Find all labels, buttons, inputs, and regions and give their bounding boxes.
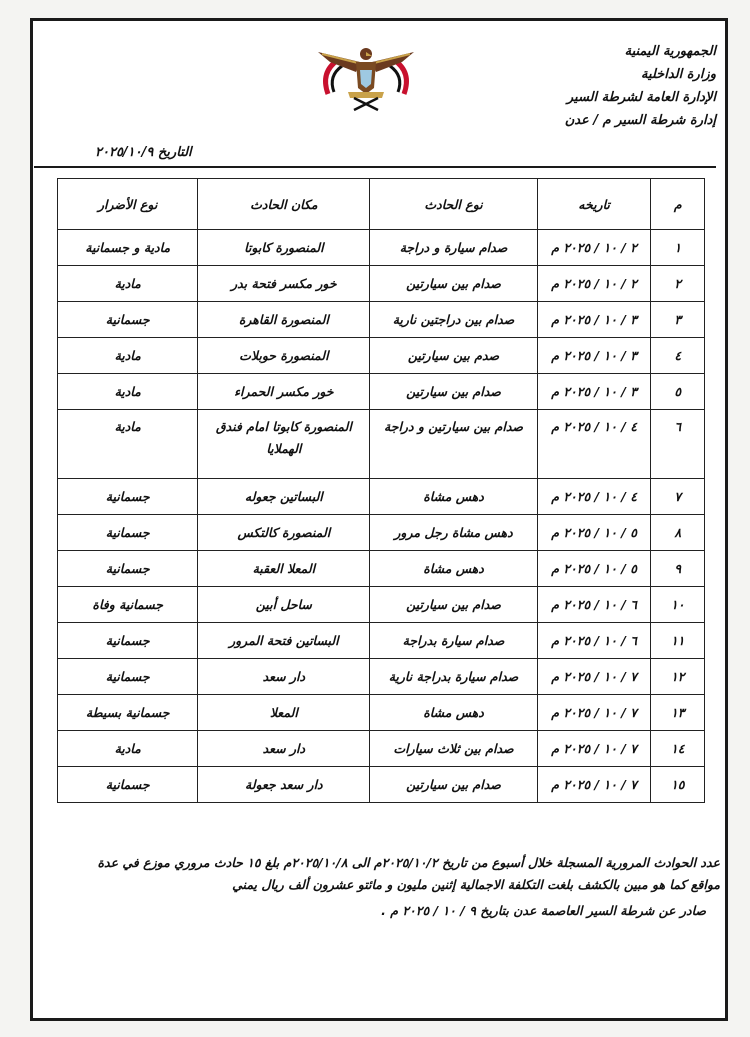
yemen-eagle-emblem-icon (316, 42, 416, 112)
cell-number: ١٥ (651, 767, 705, 803)
letterhead-line-aden-traffic: إدارة شرطة السير م / عدن (565, 109, 716, 132)
cell-number: ٣ (651, 302, 705, 338)
header-accident-type: نوع الحادث (370, 179, 537, 230)
cell-number: ١ (651, 230, 705, 266)
cell-type: صدام بين سيارتين و دراجة (370, 410, 537, 479)
cell-number: ٩ (651, 551, 705, 587)
table-row: ١١ ٦ / ١٠ / ٢٠٢٥ م صدام سيارة بدراجة الب… (58, 623, 705, 659)
cell-type: صدام سيارة بدراجة نارية (370, 659, 537, 695)
cell-place: المعلا العقبة (198, 551, 370, 587)
table-row: ١٥ ٧ / ١٠ / ٢٠٢٥ م صدام بين سيارتين دار … (58, 767, 705, 803)
cell-date: ٣ / ١٠ / ٢٠٢٥ م (537, 302, 651, 338)
cell-number: ١٣ (651, 695, 705, 731)
cell-type: دهس مشاة (370, 551, 537, 587)
cell-place: خور مكسر فتحة بدر (198, 266, 370, 302)
cell-place: خور مكسر الحمراء (198, 374, 370, 410)
cell-damage: جسمانية (58, 515, 198, 551)
cell-number: ١٠ (651, 587, 705, 623)
cell-date: ٦ / ١٠ / ٢٠٢٥ م (537, 587, 651, 623)
cell-damage: جسمانية (58, 659, 198, 695)
cell-place: المنصورة كابوتا امام فندق الهملايا (198, 410, 370, 479)
header-accident-place: مكان الحادث (198, 179, 370, 230)
table-row: ٧ ٤ / ١٠ / ٢٠٢٥ م دهس مشاة البساتين جعول… (58, 479, 705, 515)
table-row: ٩ ٥ / ١٠ / ٢٠٢٥ م دهس مشاة المعلا العقبة… (58, 551, 705, 587)
letterhead: الجمهورية اليمنية وزارة الداخلية الإدارة… (565, 40, 716, 132)
table-row: ١٣ ٧ / ١٠ / ٢٠٢٥ م دهس مشاة المعلا جسمان… (58, 695, 705, 731)
cell-damage: جسمانية (58, 623, 198, 659)
header-number: م (651, 179, 705, 230)
cell-number: ١٤ (651, 731, 705, 767)
cell-number: ٢ (651, 266, 705, 302)
cell-date: ٧ / ١٠ / ٢٠٢٥ م (537, 767, 651, 803)
cell-type: صدام بين سيارتين (370, 587, 537, 623)
cell-type: دهس مشاة رجل مرور (370, 515, 537, 551)
table-row: ٦ ٤ / ١٠ / ٢٠٢٥ م صدام بين سيارتين و درا… (58, 410, 705, 479)
summary-line-issued: صادر عن شرطة السير العاصمة عدن بتاريخ ٩ … (30, 900, 720, 922)
cell-damage: مادية (58, 731, 198, 767)
table-row: ٢ ٢ / ١٠ / ٢٠٢٥ م صدام بين سيارتين خور م… (58, 266, 705, 302)
cell-place: المنصورة كالتكس (198, 515, 370, 551)
cell-date: ٧ / ١٠ / ٢٠٢٥ م (537, 695, 651, 731)
cell-number: ٧ (651, 479, 705, 515)
summary-line-count: عدد الحوادث المرورية المسجلة خلال أسبوع … (30, 852, 720, 874)
cell-damage: جسمانية وفاة (58, 587, 198, 623)
table-row: ١٤ ٧ / ١٠ / ٢٠٢٥ م صدام بين ثلاث سيارات … (58, 731, 705, 767)
cell-type: صدام بين ثلاث سيارات (370, 731, 537, 767)
cell-damage: مادية (58, 338, 198, 374)
cell-date: ٦ / ١٠ / ٢٠٢٥ م (537, 623, 651, 659)
table-row: ٥ ٣ / ١٠ / ٢٠٢٥ م صدام بين سيارتين خور م… (58, 374, 705, 410)
cell-damage: جسمانية بسيطة (58, 695, 198, 731)
cell-date: ٧ / ١٠ / ٢٠٢٥ م (537, 731, 651, 767)
cell-damage: مادية و جسمانية (58, 230, 198, 266)
cell-place: المعلا (198, 695, 370, 731)
table-row: ٨ ٥ / ١٠ / ٢٠٢٥ م دهس مشاة رجل مرور المن… (58, 515, 705, 551)
document-date: التاريخ ٢٠٢٥/١٠/٩ (95, 145, 192, 160)
cell-number: ١١ (651, 623, 705, 659)
cell-date: ٢ / ١٠ / ٢٠٢٥ م (537, 230, 651, 266)
cell-place: ساحل أبين (198, 587, 370, 623)
summary-line-cost: مواقع كما هو مبين بالكشف بلغت التكلفة ال… (30, 874, 720, 896)
cell-date: ٥ / ١٠ / ٢٠٢٥ م (537, 551, 651, 587)
cell-damage: جسمانية (58, 302, 198, 338)
table-header-row: م تاريخه نوع الحادث مكان الحادث نوع الأض… (58, 179, 705, 230)
letterhead-line-directorate: الإدارة العامة لشرطة السير (565, 86, 716, 109)
cell-number: ١٢ (651, 659, 705, 695)
cell-place: دار سعد (198, 731, 370, 767)
cell-type: صدام سيارة و دراجة (370, 230, 537, 266)
table-row: ٤ ٣ / ١٠ / ٢٠٢٥ م صدم بين سيارتين المنصو… (58, 338, 705, 374)
cell-type: صدام بين سيارتين (370, 266, 537, 302)
cell-number: ٦ (651, 410, 705, 479)
cell-damage: مادية (58, 266, 198, 302)
cell-place: المنصورة القاهرة (198, 302, 370, 338)
cell-number: ٥ (651, 374, 705, 410)
cell-place: البساتين جعوله (198, 479, 370, 515)
letterhead-line-republic: الجمهورية اليمنية (565, 40, 716, 63)
letterhead-line-ministry: وزارة الداخلية (565, 63, 716, 86)
cell-date: ٣ / ١٠ / ٢٠٢٥ م (537, 338, 651, 374)
cell-place: المنصورة حوبلات (198, 338, 370, 374)
cell-date: ٤ / ١٠ / ٢٠٢٥ م (537, 410, 651, 479)
table-row: ١٠ ٦ / ١٠ / ٢٠٢٥ م صدام بين سيارتين ساحل… (58, 587, 705, 623)
cell-date: ٤ / ١٠ / ٢٠٢٥ م (537, 479, 651, 515)
cell-date: ٣ / ١٠ / ٢٠٢٥ م (537, 374, 651, 410)
cell-type: صدام بين سيارتين (370, 767, 537, 803)
cell-damage: مادية (58, 410, 198, 479)
cell-number: ٨ (651, 515, 705, 551)
cell-type: صدم بين سيارتين (370, 338, 537, 374)
cell-type: دهس مشاة (370, 479, 537, 515)
header-damage-type: نوع الأضرار (58, 179, 198, 230)
accidents-table: م تاريخه نوع الحادث مكان الحادث نوع الأض… (57, 178, 705, 803)
cell-number: ٤ (651, 338, 705, 374)
cell-place: دار سعد جعولة (198, 767, 370, 803)
cell-damage: مادية (58, 374, 198, 410)
header-date: تاريخه (537, 179, 651, 230)
cell-place: دار سعد (198, 659, 370, 695)
cell-type: صدام بين دراجتين نارية (370, 302, 537, 338)
cell-place: المنصورة كابوتا (198, 230, 370, 266)
cell-damage: جسمانية (58, 767, 198, 803)
cell-place: البساتين فتحة المرور (198, 623, 370, 659)
table-row: ٣ ٣ / ١٠ / ٢٠٢٥ م صدام بين دراجتين نارية… (58, 302, 705, 338)
header-divider (34, 166, 716, 168)
table-row: ١ ٢ / ١٠ / ٢٠٢٥ م صدام سيارة و دراجة الم… (58, 230, 705, 266)
cell-type: دهس مشاة (370, 695, 537, 731)
cell-date: ٢ / ١٠ / ٢٠٢٥ م (537, 266, 651, 302)
table-row: ١٢ ٧ / ١٠ / ٢٠٢٥ م صدام سيارة بدراجة نار… (58, 659, 705, 695)
cell-date: ٥ / ١٠ / ٢٠٢٥ م (537, 515, 651, 551)
cell-date: ٧ / ١٠ / ٢٠٢٥ م (537, 659, 651, 695)
cell-damage: جسمانية (58, 479, 198, 515)
cell-type: صدام سيارة بدراجة (370, 623, 537, 659)
cell-type: صدام بين سيارتين (370, 374, 537, 410)
summary-paragraph: عدد الحوادث المرورية المسجلة خلال أسبوع … (30, 852, 720, 922)
cell-damage: جسمانية (58, 551, 198, 587)
